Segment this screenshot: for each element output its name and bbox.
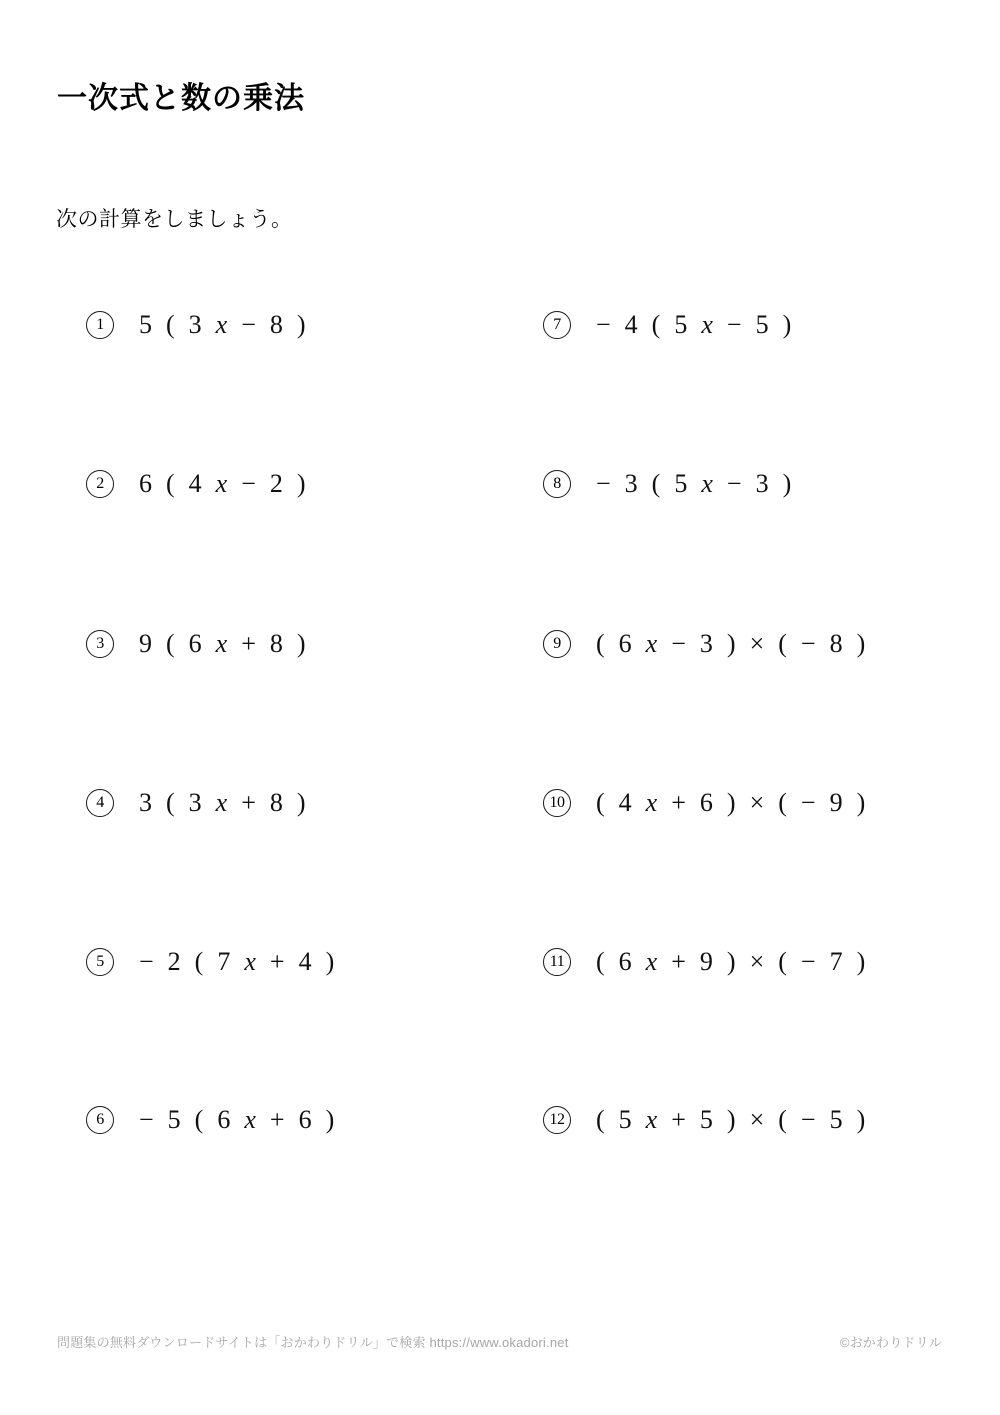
problem-expression: 9(6x+8)	[139, 629, 306, 659]
problem-expression: (5x+5)×(−5)	[596, 1105, 865, 1135]
problem-expression: −4(5x−5)	[596, 310, 791, 340]
problem-number-badge: 5	[86, 948, 114, 976]
problem-expression: −5(6x+6)	[139, 1105, 334, 1135]
footer-copyright: ©おかわりドリル	[840, 1332, 942, 1351]
problem-number-badge: 10	[543, 789, 571, 817]
problem-item-8: 8 −3(5x−3)	[543, 469, 791, 499]
problem-item-3: 3 9(6x+8)	[86, 629, 306, 659]
problem-item-12: 12 (5x+5)×(−5)	[543, 1105, 865, 1135]
problem-item-4: 4 3(3x+8)	[86, 788, 306, 818]
problem-number-badge: 11	[543, 948, 571, 976]
problem-number-badge: 6	[86, 1106, 114, 1134]
worksheet-page: 一次式と数の乗法 次の計算をしましょう。 1 5(3x−8) 2 6(4x−2)…	[0, 0, 1000, 1415]
problem-item-2: 2 6(4x−2)	[86, 469, 306, 499]
problem-number-badge: 8	[543, 470, 571, 498]
problem-number-badge: 12	[543, 1106, 571, 1134]
problem-number-badge: 3	[86, 630, 114, 658]
page-title: 一次式と数の乗法	[57, 82, 305, 115]
problem-expression: −3(5x−3)	[596, 469, 791, 499]
problem-number-badge: 1	[86, 311, 114, 339]
problem-item-5: 5 −2(7x+4)	[86, 947, 334, 977]
problem-expression: (6x−3)×(−8)	[596, 629, 865, 659]
problem-item-10: 10 (4x+6)×(−9)	[543, 788, 865, 818]
problem-item-9: 9 (6x−3)×(−8)	[543, 629, 865, 659]
problem-number-badge: 4	[86, 789, 114, 817]
problem-expression: −2(7x+4)	[139, 947, 334, 977]
problem-expression: 6(4x−2)	[139, 469, 306, 499]
problem-expression: 5(3x−8)	[139, 310, 306, 340]
problem-expression: (6x+9)×(−7)	[596, 947, 865, 977]
problem-number-badge: 2	[86, 470, 114, 498]
problem-item-6: 6 −5(6x+6)	[86, 1105, 334, 1135]
problem-expression: (4x+6)×(−9)	[596, 788, 865, 818]
instruction-text: 次の計算をしましょう。	[56, 203, 293, 233]
problem-number-badge: 7	[543, 311, 571, 339]
problem-number-badge: 9	[543, 630, 571, 658]
footer-site-note: 問題集の無料ダウンロードサイトは「おかわりドリル」で検索 https://www…	[57, 1332, 569, 1351]
problem-item-1: 1 5(3x−8)	[86, 310, 306, 340]
problem-expression: 3(3x+8)	[139, 788, 306, 818]
problem-item-7: 7 −4(5x−5)	[543, 310, 791, 340]
problem-item-11: 11 (6x+9)×(−7)	[543, 947, 865, 977]
